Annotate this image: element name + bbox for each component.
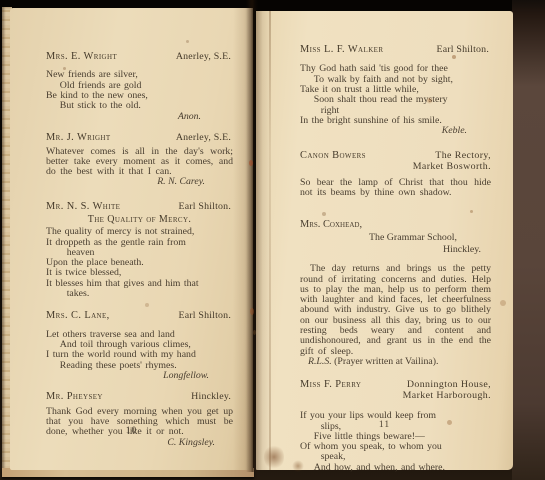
entry-title: The Quality of Mercy. [46, 214, 233, 225]
entry-name: Mr. N. S. White [46, 202, 120, 212]
guestbook-entry-walker: Miss L. F. Walker Earl Shilton. Thy God … [300, 45, 491, 137]
entry-header: Mr. N. S. White Earl Shilton. [46, 202, 233, 212]
page-number-right: 11 [256, 420, 513, 430]
entry-header: Mr. Pheysey Hinckley. [46, 392, 233, 402]
entry-verse: Let others traverse sea and land And toi… [46, 330, 233, 371]
page-number-left: 10 [10, 426, 253, 436]
book-photo: Mrs. E. Wright Anerley, S.E. New friends… [0, 0, 545, 480]
entry-header: Mrs. Coxhead, The Grammar School, Hinckl… [300, 214, 491, 256]
entry-location: Earl Shilton. [178, 202, 233, 212]
entry-name: Miss L. F. Walker [300, 45, 383, 55]
entry-header: Mrs. E. Wright Anerley, S.E. [46, 52, 233, 62]
entry-address-line: Market Harborough. [403, 390, 491, 401]
leaf-edge-line [269, 11, 271, 470]
entry-address: Donnington House, Market Harborough. [403, 379, 491, 401]
entry-verse: Thy God hath said 'tis good for thee To … [300, 64, 491, 126]
entry-paragraph: So bear the lamp of Christ that thou hid… [300, 178, 491, 199]
entry-attribution: R. N. Carey. [46, 177, 233, 188]
attribution-initials: R.L.S. [308, 356, 332, 367]
entry-attribution: Anon. [46, 112, 233, 123]
entry-verse: The quality of mercy is not strained, It… [46, 227, 233, 299]
entry-address-line: The Rectory, [413, 150, 491, 161]
entry-name: Mr. J. Wright [46, 133, 111, 143]
right-page: Miss L. F. Walker Earl Shilton. Thy God … [256, 11, 513, 470]
attribution-note: (Prayer written at Vailina). [334, 356, 438, 367]
entry-header: Canon Bowers The Rectory, Market Boswort… [300, 150, 491, 172]
entry-name: Canon Bowers [300, 151, 366, 161]
entry-header: Miss F. Perry Donnington House, Market H… [300, 379, 491, 401]
guestbook-entry-bowers: Canon Bowers The Rectory, Market Boswort… [300, 150, 491, 199]
entry-address-line: The Grammar School, [300, 232, 491, 244]
guestbook-entry-wright-e: Mrs. E. Wright Anerley, S.E. New friends… [46, 52, 233, 122]
entry-header: Miss L. F. Walker Earl Shilton. [300, 45, 491, 55]
entry-name: Mr. Pheysey [46, 392, 103, 402]
entry-address-line: Hinckley. [300, 244, 491, 256]
entry-attribution: Longfellow. [46, 371, 233, 382]
entry-name: Miss F. Perry [300, 380, 361, 390]
guestbook-entry-coxhead: Mrs. Coxhead, The Grammar School, Hinckl… [300, 214, 491, 367]
entry-paragraph: The day returns and brings us the petty … [300, 264, 491, 357]
entry-address: The Rectory, Market Bosworth. [413, 150, 491, 172]
entry-attribution: C. Kingsley. [46, 438, 233, 449]
entry-name: Mrs. C. Lane, [46, 311, 110, 321]
entry-address-line: Market Bosworth. [413, 161, 491, 172]
entry-paragraph: Whatever comes is all in the day's work;… [46, 147, 233, 178]
entry-attribution: Keble. [300, 126, 491, 137]
entry-header: Mrs. C. Lane, Earl Shilton. [46, 311, 233, 321]
guestbook-entry-wright-j: Mr. J. Wright Anerley, S.E. Whatever com… [46, 133, 233, 188]
entry-location: Anerley, S.E. [176, 133, 233, 143]
entry-verse: New friends are silver, Old friends are … [46, 70, 233, 111]
entry-attribution: R.L.S. (Prayer written at Vailina). [300, 357, 491, 367]
entry-location: Hinckley. [191, 392, 233, 402]
left-page: Mrs. E. Wright Anerley, S.E. New friends… [10, 8, 253, 470]
entry-name: Mrs. E. Wright [46, 52, 117, 62]
entry-name: Mrs. Coxhead, [300, 219, 362, 230]
entry-location: Earl Shilton. [178, 311, 233, 321]
entry-header: Mr. J. Wright Anerley, S.E. [46, 133, 233, 143]
guestbook-entry-pheysey: Mr. Pheysey Hinckley. Thank God every mo… [46, 392, 233, 448]
guestbook-entry-lane: Mrs. C. Lane, Earl Shilton. Let others t… [46, 311, 233, 381]
entry-location: Earl Shilton. [436, 45, 491, 55]
entry-location: Anerley, S.E. [176, 52, 233, 62]
entry-address-line: Donnington House, [403, 379, 491, 390]
guestbook-entry-white: Mr. N. S. White Earl Shilton. The Qualit… [46, 202, 233, 299]
book-cover-edge [512, 0, 545, 480]
